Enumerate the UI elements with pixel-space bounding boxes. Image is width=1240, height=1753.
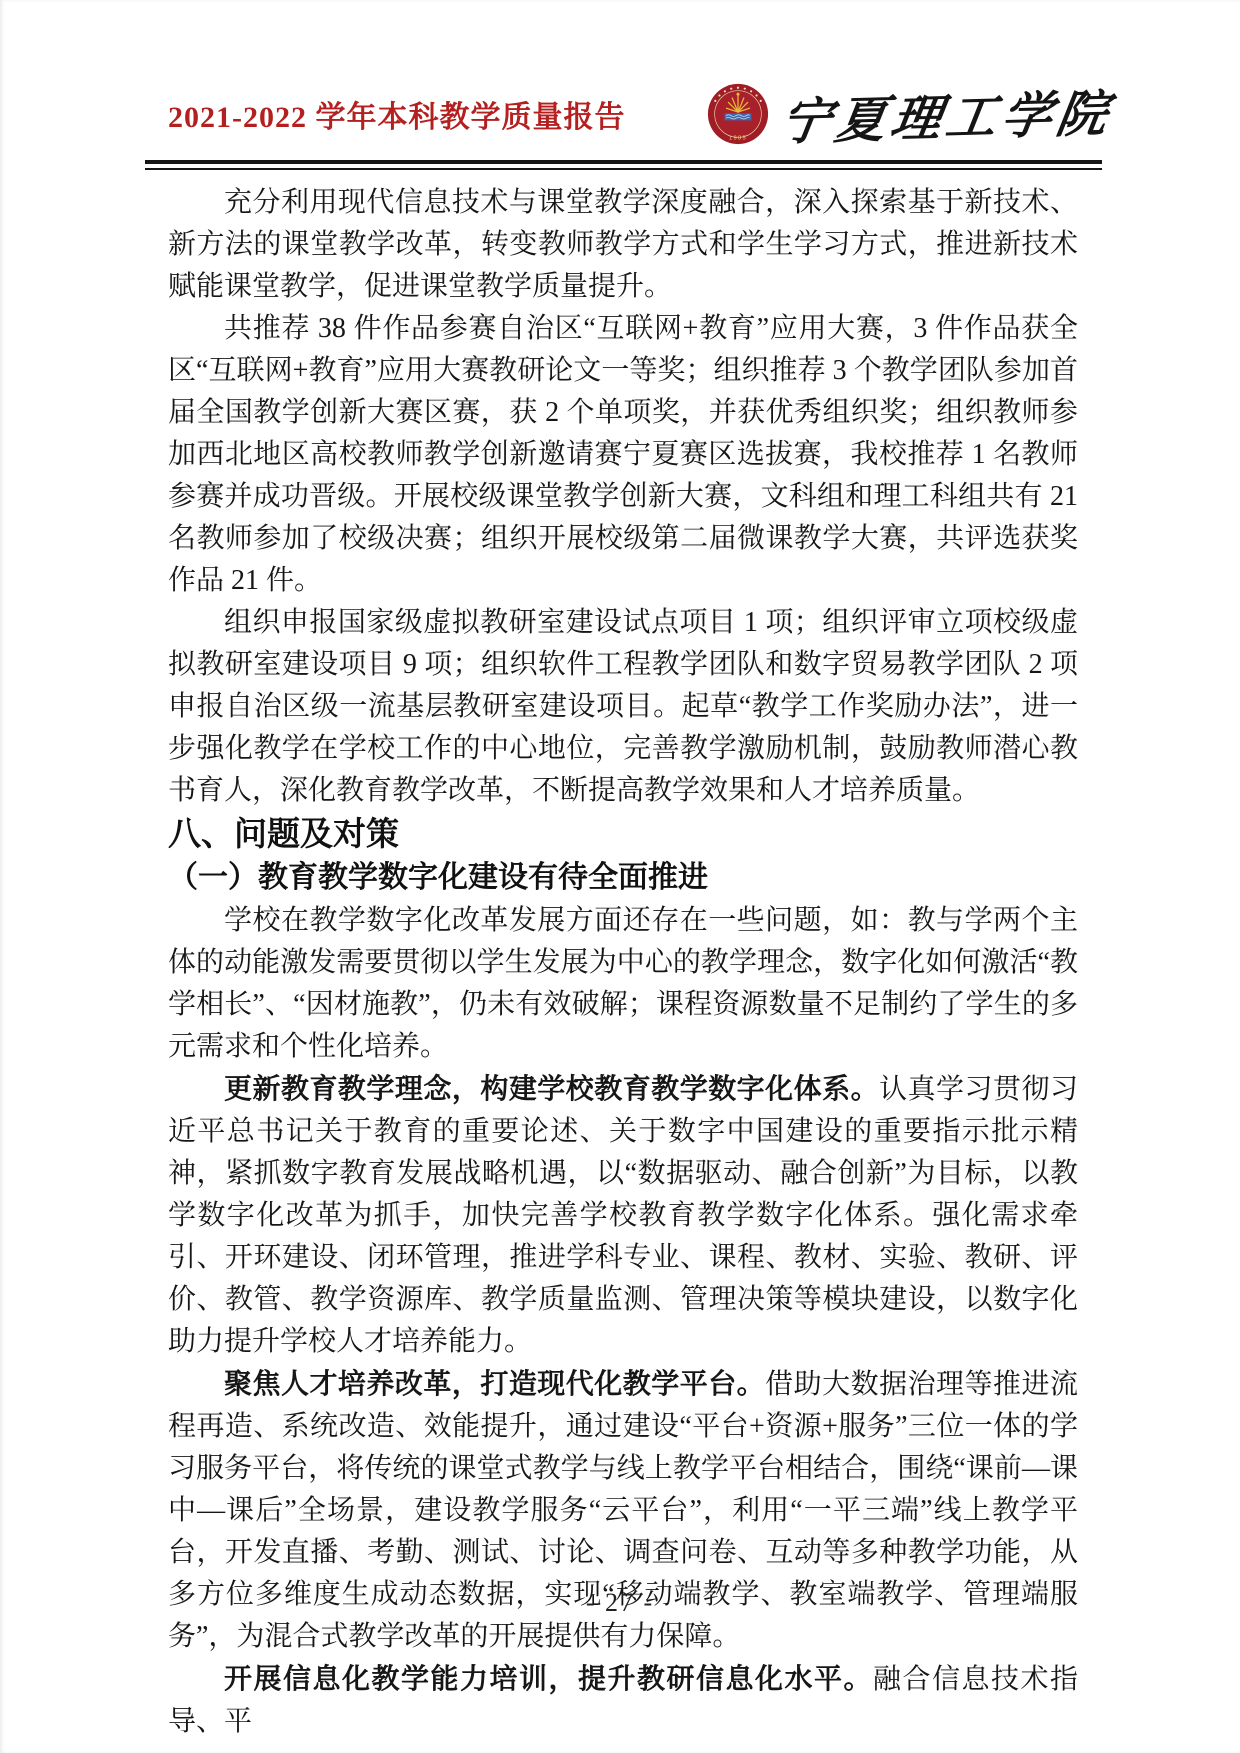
- report-title: 2021-2022 学年本科教学质量报告: [168, 92, 626, 136]
- paragraph: 更新教育教学理念，构建学校教育教学数字化体系。认真学习贯彻习近平总书记关于教育的…: [168, 1068, 1078, 1363]
- paragraph: 充分利用现代信息技术与课堂教学深度融合，深入探索基于新技术、新方法的课堂教学改革…: [168, 182, 1078, 308]
- paragraph: 学校在教学数字化改革发展方面还存在一些问题，如：教与学两个主体的动能激发需要贯彻…: [168, 900, 1078, 1068]
- page-number: - 27 -: [0, 1588, 1240, 1618]
- document-body: 充分利用现代信息技术与课堂教学深度融合，深入探索基于新技术、新方法的课堂教学改革…: [0, 170, 1240, 1743]
- paragraph-lead: 开展信息化教学能力培训，提升教研信息化水平。: [224, 1663, 873, 1694]
- section-heading: 八、问题及对策: [168, 812, 1078, 856]
- school-seal-icon: 1985: [706, 82, 770, 146]
- header-divider: [145, 160, 1102, 170]
- seal-year-label: 1985: [729, 136, 747, 142]
- paragraph-lead: 更新教育教学理念，构建学校教育教学数字化体系。: [224, 1073, 879, 1104]
- paragraph-text: 认真学习贯彻习近平总书记关于教育的重要论述、关于数字中国建设的重要指示批示精神，…: [168, 1074, 1078, 1357]
- school-name-calligraphy: 宁夏理工学院: [776, 74, 1118, 155]
- school-logo-group: 1985 宁夏理工学院: [706, 78, 1112, 150]
- subsection-heading: （一）教育教学数字化建设有待全面推进: [168, 856, 1078, 900]
- document-page: 2021-2022 学年本科教学质量报告: [0, 0, 1240, 1753]
- paragraph: 组织申报国家级虚拟教研室建设试点项目 1 项；组织评审立项校级虚拟教研室建设项目…: [168, 602, 1078, 812]
- paragraph-lead: 聚焦人才培养改革，打造现代化教学平台。: [224, 1368, 765, 1399]
- paragraph: 共推荐 38 件作品参赛自治区“互联网+教育”应用大赛，3 件作品获全区“互联网…: [168, 308, 1078, 602]
- paragraph: 开展信息化教学能力培训，提升教研信息化水平。融合信息技术指导、平: [168, 1658, 1078, 1743]
- page-header: 2021-2022 学年本科教学质量报告: [0, 0, 1240, 150]
